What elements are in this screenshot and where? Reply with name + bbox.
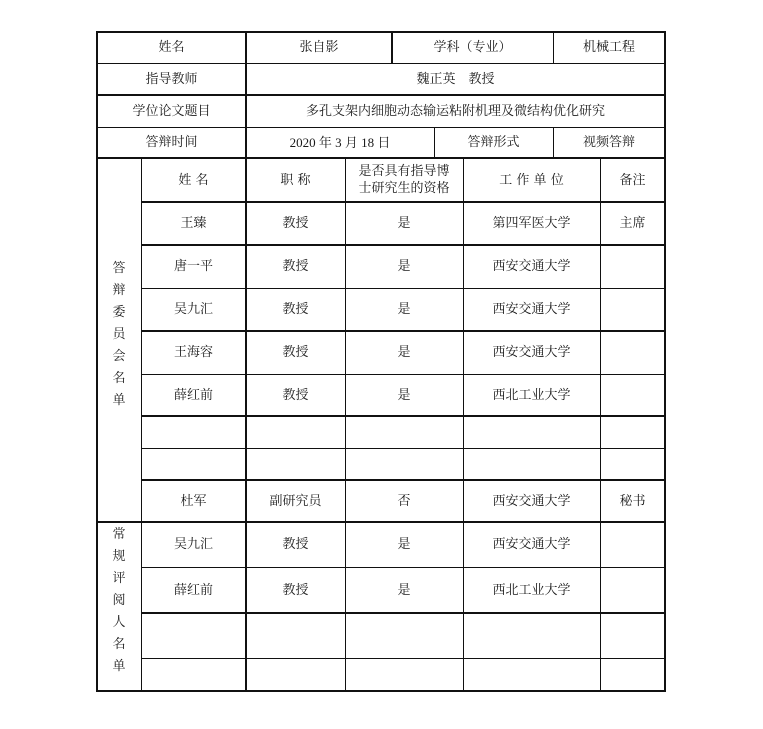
grid-line [553,31,554,64]
defense-form-label: 答辩形式 [434,127,553,158]
advisor-value: 魏正英 教授 [246,63,665,95]
thesis-label: 学位论文题目 [97,95,246,127]
member-note: 秘书 [600,480,665,522]
member-unit [463,448,600,480]
reviewer-qualified [345,658,463,691]
member-note [600,331,665,374]
reviewer-title: 教授 [246,522,345,567]
member-name: 薛红前 [141,374,246,416]
advisor-label: 指导教师 [97,63,246,95]
member-qualified: 是 [345,288,463,331]
grid-line [96,94,666,96]
member-qualified: 否 [345,480,463,522]
grid-line [345,158,346,691]
reviewer-qualified: 是 [345,567,463,613]
reviewer-title [246,613,345,658]
border-bottom [96,690,666,692]
reviewer-title [246,658,345,691]
member-unit: 西安交通大学 [463,480,600,522]
border-top [96,31,666,33]
grid-line [141,567,666,568]
grid-line [141,330,666,332]
committee-section-label: 答 辩 委 员 会 名 单 [97,245,141,425]
member-name: 唐一平 [141,245,246,288]
member-note [600,245,665,288]
reviewer-qualified: 是 [345,522,463,567]
member-name: 王海容 [141,331,246,374]
member-unit: 西北工业大学 [463,374,600,416]
grid-line [391,31,393,64]
grid-line [553,127,554,158]
member-note [600,448,665,480]
border-left [96,31,98,692]
grid-line [141,479,666,481]
reviewer-unit [463,658,600,691]
major-label: 学科（专业） [392,32,553,63]
grid-line [463,158,464,691]
member-unit: 西安交通大学 [463,288,600,331]
major-value: 机械工程 [553,32,665,63]
defense-time-label: 答辩时间 [97,127,246,158]
defense-time-value: 2020 年 3 月 18 日 [246,127,434,158]
grid-line [141,288,666,289]
member-unit: 第四军医大学 [463,202,600,245]
member-qualified [345,448,463,480]
col-header-name: 姓 名 [141,158,246,202]
grid-line [141,158,142,691]
reviewer-name: 薛红前 [141,567,246,613]
member-qualified: 是 [345,245,463,288]
defense-form-value: 视频答辩 [553,127,665,158]
grid-line [96,63,666,64]
reviewer-unit: 西北工业大学 [463,567,600,613]
col-header-unit: 工 作 单 位 [463,158,600,202]
col-header-qualification: 是否具有指导博 士研究生的资格 [345,158,463,202]
reviewer-unit: 西安交通大学 [463,522,600,567]
member-note [600,288,665,331]
grid-line [96,157,666,159]
member-title: 教授 [246,202,345,245]
grid-line [245,158,247,691]
grid-line [434,127,435,158]
grid-line [141,415,666,417]
grid-line [141,658,666,659]
grid-line [141,448,666,449]
name-label: 姓名 [97,32,246,63]
grid-line [245,31,247,159]
reviewer-note [600,522,665,567]
grid-line [141,201,666,203]
reviewer-name: 吴九汇 [141,522,246,567]
grid-line [141,374,666,375]
reviewers-section-label: 常 规 评 阅 人 名 单 [97,522,141,677]
member-note: 主席 [600,202,665,245]
member-note [600,416,665,448]
member-unit: 西安交通大学 [463,245,600,288]
member-qualified [345,416,463,448]
member-unit [463,416,600,448]
member-note [600,374,665,416]
reviewer-title: 教授 [246,567,345,613]
thesis-title: 多孔支架内细胞动态输运粘附机理及微结构优化研究 [246,95,665,127]
name-value: 张自影 [246,32,392,63]
reviewer-name [141,658,246,691]
member-title: 教授 [246,288,345,331]
grid-line [600,158,601,691]
member-title: 教授 [246,374,345,416]
reviewer-note [600,658,665,691]
member-name [141,448,246,480]
member-name [141,416,246,448]
member-title [246,448,345,480]
member-title: 副研究员 [246,480,345,522]
member-qualified: 是 [345,331,463,374]
member-name: 王臻 [141,202,246,245]
reviewer-note [600,613,665,658]
reviewer-unit [463,613,600,658]
section-divider [96,521,666,523]
grid-line [141,612,666,614]
member-title [246,416,345,448]
col-header-title: 职 称 [246,158,345,202]
member-name: 吴九汇 [141,288,246,331]
border-right [664,31,666,692]
member-qualified: 是 [345,202,463,245]
member-title: 教授 [246,331,345,374]
grid-line [96,127,666,128]
member-unit: 西安交通大学 [463,331,600,374]
reviewer-name [141,613,246,658]
col-header-note: 备注 [600,158,665,202]
reviewer-qualified [345,613,463,658]
member-qualified: 是 [345,374,463,416]
reviewer-note [600,567,665,613]
member-name: 杜军 [141,480,246,522]
grid-line [141,244,666,246]
member-title: 教授 [246,245,345,288]
